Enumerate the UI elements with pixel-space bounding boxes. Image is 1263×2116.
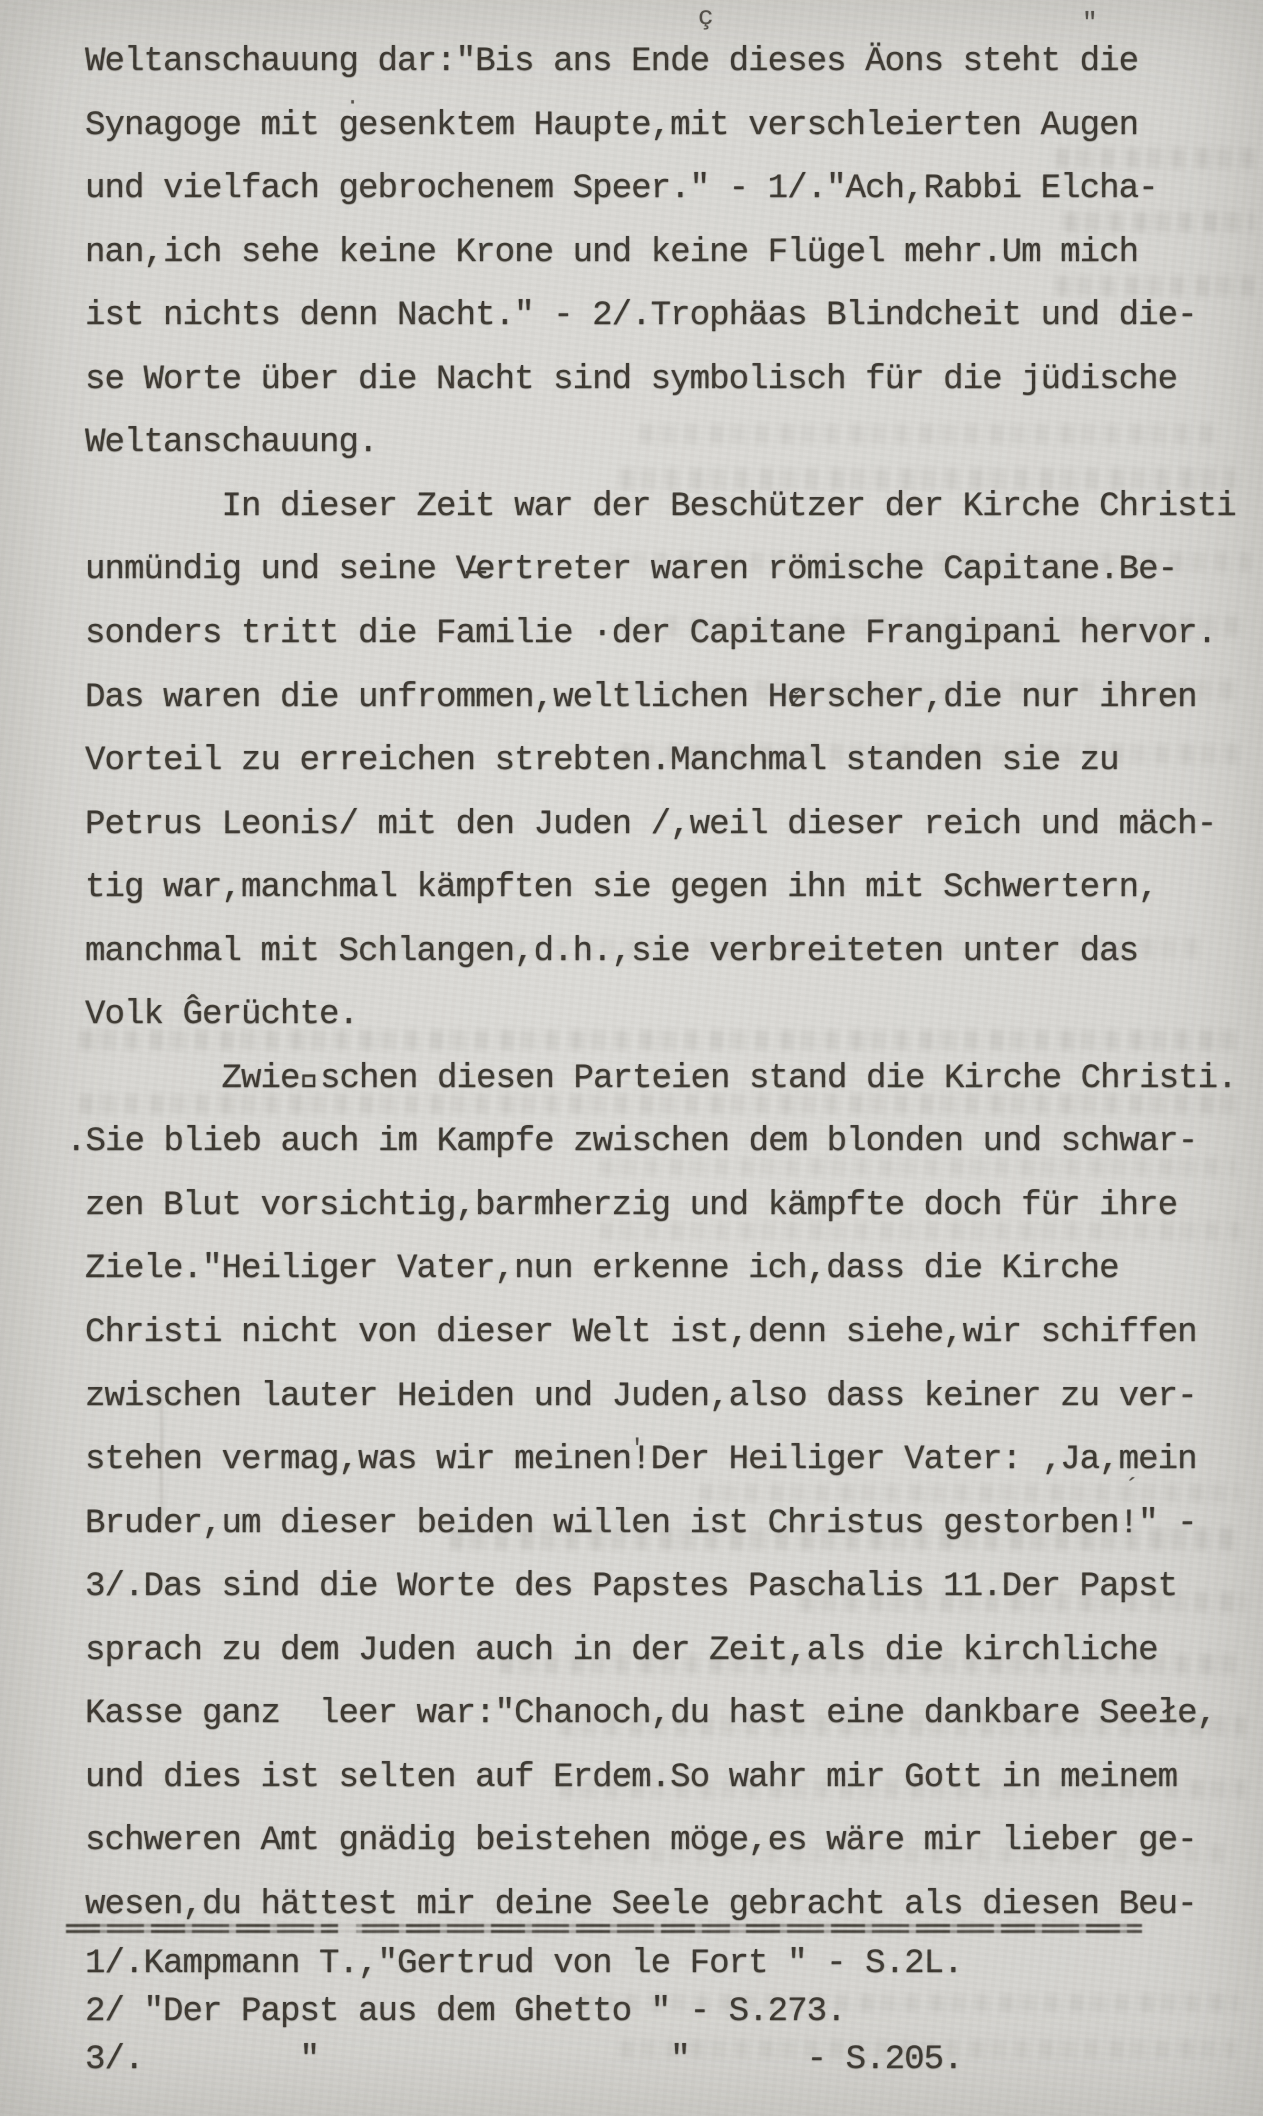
typed-line: Das waren die unfrommen,weltlichen Hersc… <box>85 678 1197 718</box>
footnote-line: 3/. " " - S.205. <box>85 2040 963 2080</box>
bleedthrough-ghost-line <box>700 1484 1240 1502</box>
typed-line: Volk Ĝerüchte. <box>85 995 358 1035</box>
typed-line: .Sie blieb auch im Kampfe zwischen dem b… <box>66 1122 1197 1162</box>
typed-line: tig war,manchmal kämpften sie gegen ihn … <box>85 868 1158 908</box>
typed-line: Christi nicht von dieser Welt ist,denn s… <box>85 1313 1197 1353</box>
typed-line: zen Blut vorsichtig,barmherzig und kämpf… <box>85 1186 1177 1226</box>
separator-line <box>66 1930 1142 1933</box>
typed-line: se Worte über die Nacht sind symbolisch … <box>85 360 1177 400</box>
typed-line: manchmal mit Schlangen,d.h.,sie verbreit… <box>85 932 1138 972</box>
typed-line: Bruder,um dieser beiden willen ist Chris… <box>85 1504 1197 1544</box>
bleedthrough-ghost-line <box>640 424 1220 444</box>
typed-line: ist nichts denn Nacht." - 2/.Trophäas Bl… <box>85 296 1197 336</box>
typed-line: Petrus Leonis/ mit den Juden /,weil dies… <box>85 805 1216 845</box>
typed-line: Kasse ganz leer war:"Chanoch,du hast ein… <box>85 1694 1216 1734</box>
typed-line: nan,ich sehe keine Krone und keine Flüge… <box>85 233 1138 273</box>
typed-stray-mark: " <box>1082 10 1098 36</box>
typed-stray-mark: ç <box>698 4 714 30</box>
footnote-line: 2/ "Der Papst aus dem Ghetto " - S.273. <box>85 1992 846 2032</box>
typed-line: Weltanschauung. <box>85 423 378 463</box>
typed-stray-mark: ž <box>790 692 802 712</box>
typed-stray-mark: · <box>346 92 359 114</box>
typed-line: und dies ist selten auf Erdem.So wahr mi… <box>85 1758 1177 1798</box>
typed-line: zwischen lauter Heiden und Juden,also da… <box>85 1377 1197 1417</box>
typed-line: schweren Amt gnädig beistehen möge,es wä… <box>85 1821 1197 1861</box>
typed-line: unmündig und seine V̶ertreter waren römi… <box>85 550 1177 590</box>
typewritten-page-scan: Weltanschauung dar:"Bis ans Ende dieses … <box>0 0 1263 2116</box>
footnote-line: 1/.Kampmann T.,"Gertrud von le Fort " - … <box>85 1944 963 1984</box>
typed-line: 3/.Das sind die Worte des Papstes Pascha… <box>85 1567 1177 1607</box>
separator-line <box>66 1924 1142 1927</box>
typed-line: Vorteil zu erreichen strebten.Manchmal s… <box>85 741 1119 781</box>
typed-line: sonders tritt die Familie ·der Capitane … <box>85 614 1216 654</box>
typed-stray-mark: ' <box>630 1438 644 1462</box>
typed-line: Zwie⃒schen diesen Parteien stand die Kir… <box>85 1059 1237 1099</box>
typed-line: Synagoge mit gesenktem Haupte,mit versch… <box>85 106 1138 146</box>
typed-line: wesen,du hättest mir deine Seele gebrach… <box>85 1885 1197 1925</box>
footnote-separator-rule <box>66 1924 1142 1933</box>
typed-line: Weltanschauung dar:"Bis ans Ende dieses … <box>85 42 1138 82</box>
separator-gap <box>730 1923 739 1934</box>
typed-line: und vielfach gebrochenem Speer." - 1/."A… <box>85 169 1158 209</box>
separator-gap <box>338 1923 356 1934</box>
typed-line: In dieser Zeit war der Beschützer der Ki… <box>85 487 1236 527</box>
bleedthrough-ghost-line <box>1064 212 1254 232</box>
typed-line: sprach zu dem Juden auch in der Zeit,als… <box>85 1631 1158 1671</box>
bleedthrough-ghost-line <box>1056 148 1254 168</box>
typed-line: Ziele."Heiliger Vater,nun erkenne ich,da… <box>85 1249 1119 1289</box>
bleedthrough-ghost-line <box>1056 276 1254 296</box>
typed-stray-mark: ´ <box>1124 1476 1140 1502</box>
